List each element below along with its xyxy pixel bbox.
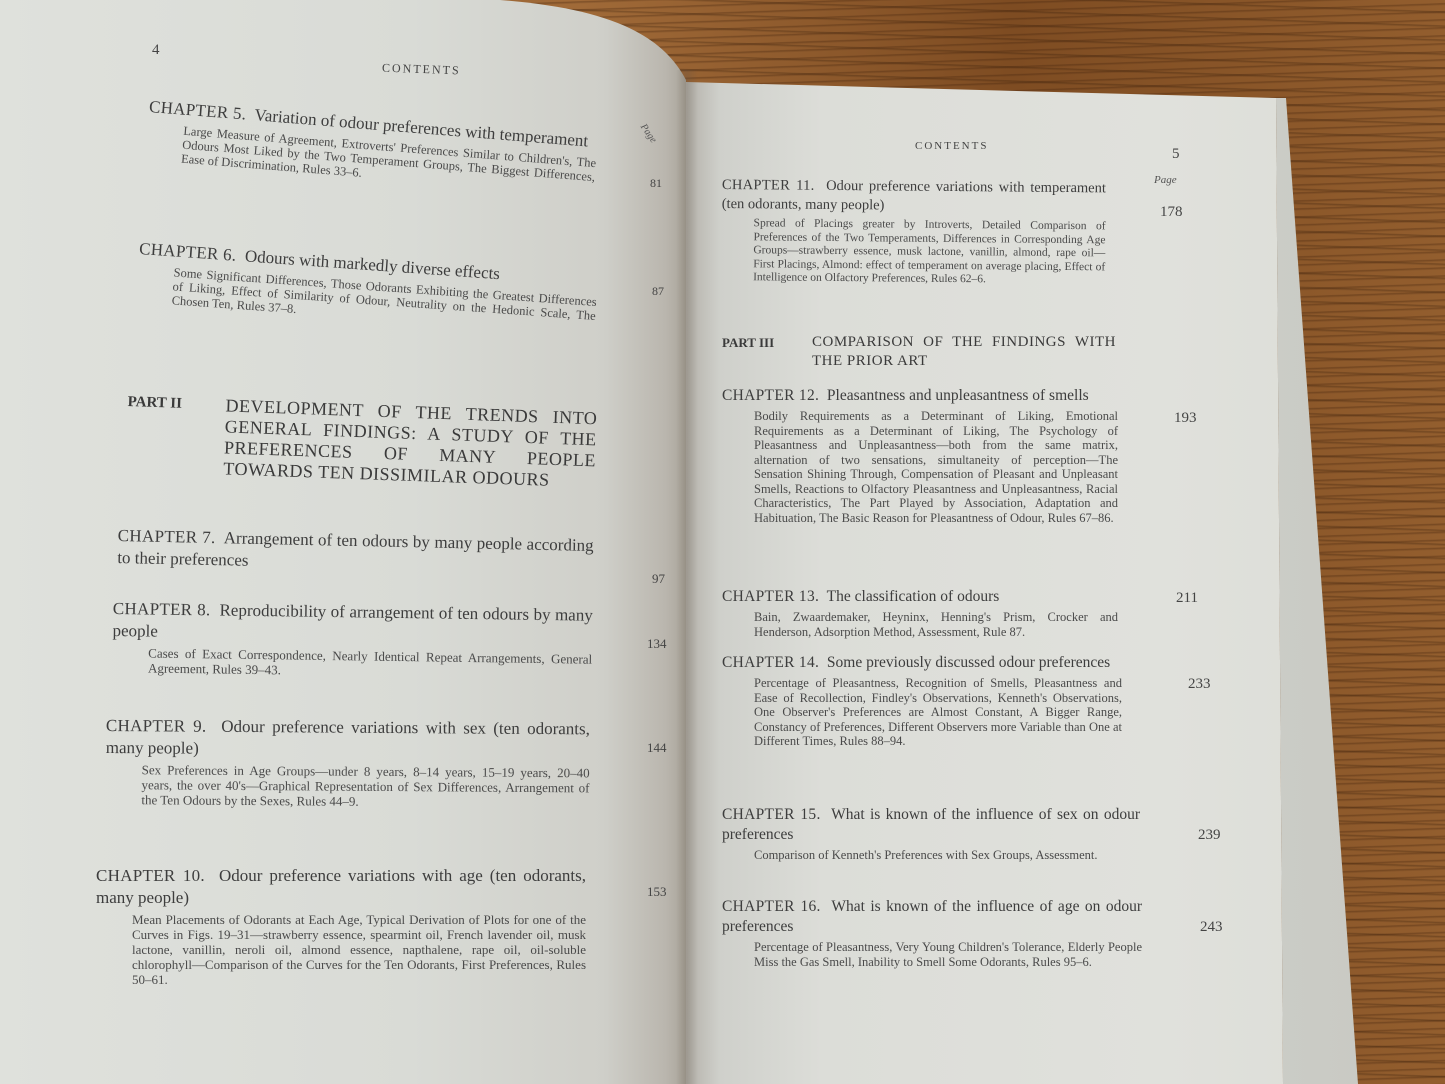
- chapter-heading: CHAPTER 16. What is known of the influen…: [722, 897, 1142, 937]
- page-column-label: Page: [1154, 174, 1177, 186]
- toc-entry-chapter-11[interactable]: CHAPTER 11. Odour preference variations …: [721, 176, 1106, 288]
- chapter-page-number: 134: [647, 636, 667, 652]
- toc-entry-chapter-13[interactable]: CHAPTER 13. The classification of odours…: [722, 587, 1118, 639]
- chapter-page-number: 193: [1174, 410, 1197, 427]
- book-gutter: [676, 70, 698, 1084]
- running-head: CONTENTS: [915, 140, 988, 152]
- toc-entry-chapter-12[interactable]: CHAPTER 12. Pleasantness and unpleasantn…: [722, 386, 1118, 525]
- part-title: COMPARISON OF THE FINDINGS WITH THE PRIO…: [722, 333, 1116, 371]
- toc-entry-chapter-16[interactable]: CHAPTER 16. What is known of the influen…: [722, 897, 1142, 969]
- chapter-heading: CHAPTER 7. Arrangement of ten odours by …: [117, 525, 594, 579]
- chapter-label: CHAPTER 15.: [722, 806, 821, 823]
- chapter-description: Comparison of Kenneth's Preferences with…: [722, 848, 1140, 863]
- chapter-page-number: 87: [652, 284, 664, 299]
- chapter-label: CHAPTER 9.: [106, 716, 207, 736]
- chapter-label: CHAPTER 6.: [139, 239, 238, 265]
- toc-part-3[interactable]: PART III COMPARISON OF THE FINDINGS WITH…: [722, 333, 1116, 371]
- chapter-label: CHAPTER 11.: [722, 177, 815, 194]
- chapter-description: Percentage of Pleasantness, Recognition …: [722, 676, 1122, 749]
- chapter-title: The classification of odours: [827, 588, 1000, 605]
- toc-entry-chapter-14[interactable]: CHAPTER 14. Some previously discussed od…: [722, 653, 1122, 749]
- chapter-heading: CHAPTER 14. Some previously discussed od…: [722, 653, 1122, 673]
- toc-entry-chapter-9[interactable]: CHAPTER 9. Odour preference variations w…: [105, 715, 590, 810]
- chapter-page-number: 81: [650, 176, 662, 191]
- chapter-heading: CHAPTER 10. Odour preference variations …: [96, 865, 586, 909]
- chapter-page-number: 144: [647, 740, 667, 756]
- chapter-heading: CHAPTER 11. Odour preference variations …: [722, 176, 1106, 217]
- page-number: 5: [1172, 146, 1180, 163]
- toc-entry-chapter-5[interactable]: CHAPTER 5. Variation of odour preference…: [145, 96, 599, 198]
- part-title: DEVELOPMENT OF THE TRENDS INTO GENERAL F…: [125, 392, 598, 492]
- chapter-description: Sex Preferences in Age Groups—under 8 ye…: [105, 762, 589, 810]
- chapter-heading: CHAPTER 8. Reproducibility of arrangemen…: [112, 598, 593, 649]
- right-page: CONTENTS 5 Page CHAPTER 11. Odour prefer…: [686, 0, 1366, 1084]
- chapter-label: CHAPTER 12.: [722, 387, 819, 404]
- chapter-description: Cases of Exact Correspondence, Nearly Id…: [112, 645, 592, 682]
- left-page: 4 CONTENTS Page CHAPTER 5. Variation of …: [0, 0, 686, 1084]
- toc-entry-chapter-7[interactable]: CHAPTER 7. Arrangement of ten odours by …: [117, 525, 594, 579]
- chapter-heading: CHAPTER 15. What is known of the influen…: [722, 805, 1140, 845]
- chapter-description: Spread of Placings greater by Introverts…: [721, 217, 1106, 288]
- chapter-label: CHAPTER 13.: [722, 588, 819, 605]
- chapter-heading: CHAPTER 9. Odour preference variations w…: [106, 715, 590, 762]
- chapter-page-number: 97: [652, 571, 665, 587]
- chapter-description: Bain, Zwaardemaker, Heyninx, Henning's P…: [722, 610, 1118, 639]
- page-column-label: Page: [638, 122, 659, 145]
- toc-part-2[interactable]: PART II DEVELOPMENT OF THE TRENDS INTO G…: [125, 392, 598, 492]
- part-label: PART III: [722, 333, 774, 352]
- chapter-page-number: 153: [647, 884, 667, 900]
- chapter-page-number: 233: [1188, 676, 1211, 693]
- chapter-page-number: 211: [1176, 590, 1198, 607]
- chapter-description: Mean Placements of Odorants at Each Age,…: [96, 912, 586, 987]
- chapter-page-number: 239: [1198, 827, 1221, 844]
- chapter-label: CHAPTER 14.: [722, 654, 819, 671]
- chapter-label: CHAPTER 8.: [113, 599, 211, 619]
- chapter-label: CHAPTER 10.: [96, 866, 205, 885]
- chapter-page-number: 243: [1200, 919, 1223, 936]
- chapter-description: Bodily Requirements as a Determinant of …: [722, 409, 1118, 525]
- running-head: CONTENTS: [382, 61, 461, 79]
- toc-entry-chapter-6[interactable]: CHAPTER 6. Odours with markedly diverse …: [135, 238, 599, 337]
- chapter-label: CHAPTER 16.: [722, 898, 821, 915]
- chapter-label: CHAPTER 5.: [148, 97, 247, 124]
- part-label: PART II: [127, 392, 182, 415]
- chapter-description: Percentage of Pleasantness, Very Young C…: [722, 940, 1142, 969]
- toc-entry-chapter-8[interactable]: CHAPTER 8. Reproducibility of arrangemen…: [112, 598, 593, 682]
- toc-entry-chapter-15[interactable]: CHAPTER 15. What is known of the influen…: [722, 805, 1140, 863]
- toc-entry-chapter-10[interactable]: CHAPTER 10. Odour preference variations …: [96, 865, 586, 987]
- chapter-heading: CHAPTER 13. The classification of odours: [722, 587, 1118, 607]
- page-number: 4: [152, 42, 160, 59]
- chapter-title: Some previously discussed odour preferen…: [827, 654, 1110, 671]
- chapter-heading: CHAPTER 12. Pleasantness and unpleasantn…: [722, 386, 1118, 406]
- chapter-title: Pleasantness and unpleasantness of smell…: [827, 387, 1089, 404]
- chapter-page-number: 178: [1160, 204, 1183, 221]
- chapter-label: CHAPTER 7.: [118, 526, 216, 547]
